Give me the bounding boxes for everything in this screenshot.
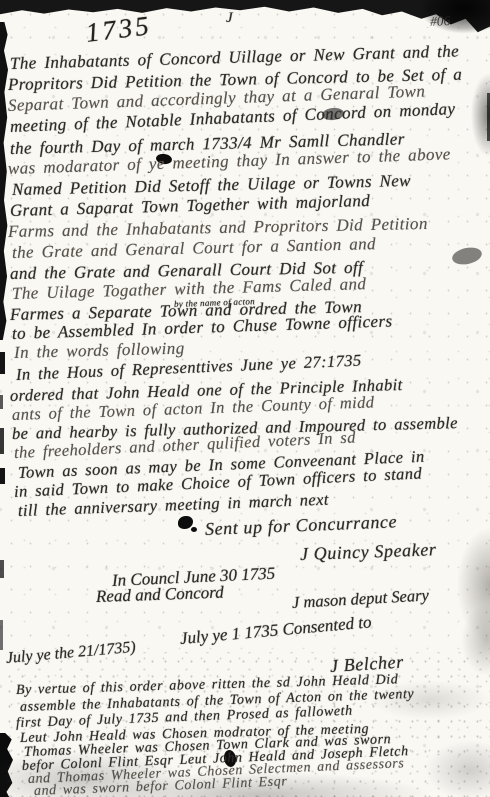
- scan-artifact-left-mark: [0, 428, 4, 454]
- scan-artifact-left-mark: [0, 560, 4, 578]
- scan-artifact-top-edge: [0, 0, 490, 34]
- ink-blot: [191, 527, 197, 532]
- manuscript-page: 1735 J #06 The Inhabatants of Concord Ui…: [0, 0, 490, 797]
- scan-artifact-left-mark: [0, 468, 5, 484]
- secretary-signature: J mason deput Seary: [291, 585, 429, 613]
- scan-artifact-bottom-left: [0, 733, 13, 797]
- scan-artifact-left-mark: [0, 620, 3, 650]
- scan-artifact-left-edge: [0, 22, 8, 340]
- speaker-signature: J Quincy Speaker: [300, 539, 437, 565]
- consent-line: July ye 1 1735 Consented to: [179, 612, 372, 649]
- ink-blot: [178, 516, 193, 529]
- ink-smudge: [451, 245, 484, 267]
- year-heading: 1735: [84, 10, 153, 49]
- council-action-line: Read and Concord: [96, 583, 224, 607]
- scan-artifact-left-mark: [0, 395, 3, 409]
- page-number-mark: J: [226, 10, 233, 27]
- scan-artifact-left-mark: [0, 352, 5, 374]
- archival-number: #06: [430, 13, 451, 30]
- sent-up-line: Sent up for Concurrance: [205, 511, 398, 540]
- margin-date: July ye the 21/1735): [5, 639, 136, 668]
